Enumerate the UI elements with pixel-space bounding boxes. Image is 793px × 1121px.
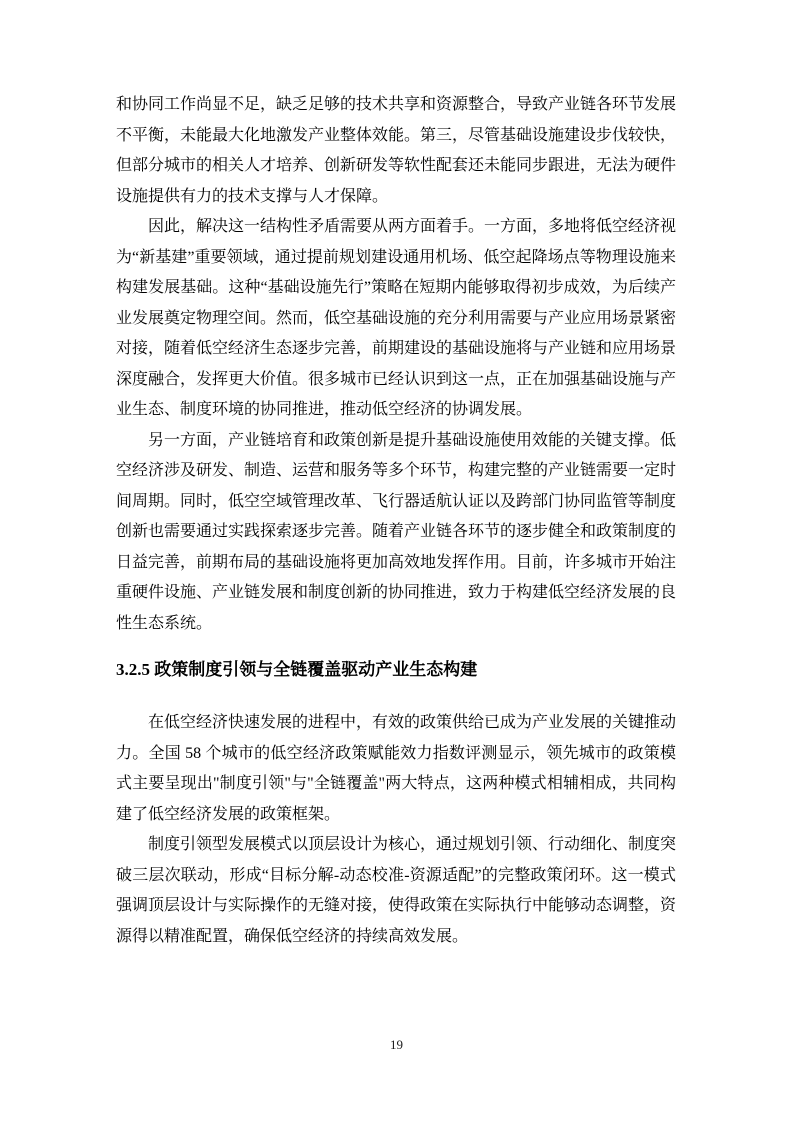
page-number: 19 [390,1037,403,1052]
page-footer: 19 [0,1036,793,1054]
body-paragraph: 制度引领型发展模式以顶层设计为核心，通过规划引领、行动细化、制度突破三层次联动，… [116,830,676,952]
page-content: 和协同工作尚显不足，缺乏足够的技术共享和资源整合，导致产业链各环节发展不平衡，未… [116,90,676,952]
body-paragraph: 因此，解决这一结构性矛盾需要从两方面着手。一方面，多地将低空经济视为“新基建”重… [116,212,676,426]
section-heading: 3.2.5 政策制度引领与全链覆盖驱动产业生态构建 [116,655,676,685]
document-page: 和协同工作尚显不足，缺乏足够的技术共享和资源整合，导致产业链各环节发展不平衡，未… [0,0,793,1121]
body-paragraph: 另一方面，产业链培育和政策创新是提升基础设施使用效能的关键支撑。低空经济涉及研发… [116,426,676,640]
body-paragraph-continuation: 和协同工作尚显不足，缺乏足够的技术共享和资源整合，导致产业链各环节发展不平衡，未… [116,90,676,212]
body-paragraph: 在低空经济快速发展的进程中，有效的政策供给已成为产业发展的关键推动力。全国 58… [116,708,676,830]
